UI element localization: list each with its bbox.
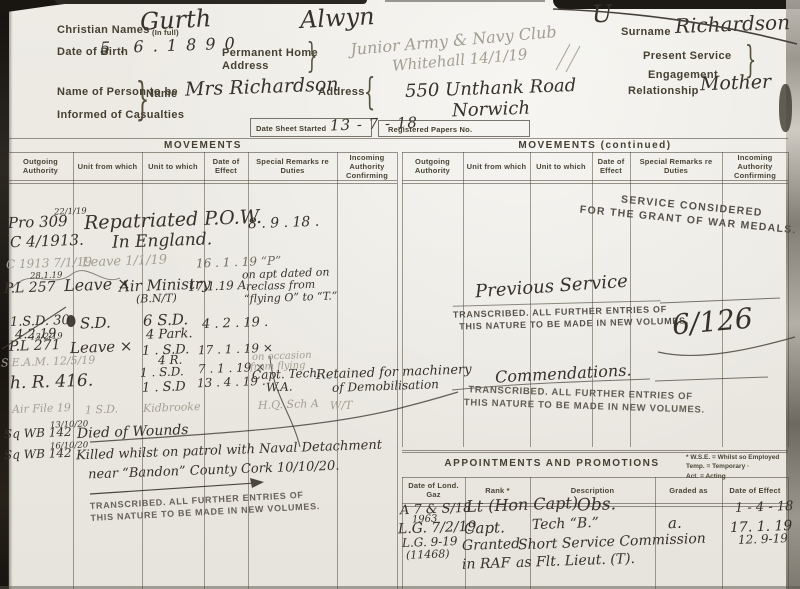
hw-outgoing-auth-date: 22/1/19 [54,207,87,217]
registered-papers-label: Registered Papers No. [388,125,472,134]
col-header-date-of-effect: Date of Effect [592,152,630,180]
hw-movement-entry: 1 S.D. [85,403,118,415]
hw-rank: Lt (Hon Capt) [466,495,579,515]
transcribed-stamp-previous-service: TRANSCRIBED. ALL FURTHER ENTRIES OF THIS… [453,300,662,333]
hw-graded-as: a. [668,516,682,531]
hw-movement-entry: S.D. [80,315,111,331]
hdr-line [402,183,788,184]
hw-date-of-birth: 5 . 6 . 1 8 9 0 [100,36,237,57]
footnote-temp: Temp. = Temporary · [686,462,779,471]
hw-corner-u-mark: U [592,2,613,27]
hw-outgoing-auth: h. R. 416. [10,373,94,393]
hdr-line [8,183,397,184]
col-header-unit-from: Unit from which [463,152,530,180]
movements-left-header: Outgoing Authority Unit from which Unit … [8,152,397,180]
movements-right-title: MOVEMENTS (continued) [402,140,788,151]
col-header-special-remarks: Special Remarks re Duties [248,152,337,180]
hw-outgoing-auth-date: 28.1.19 [30,271,63,281]
hw-outgoing-auth: P.L 257 [4,280,56,296]
footnote-wse: * W.S.E. = Whilst so Employed [686,453,779,462]
hw-casualty-entry: Died of Wounds [77,423,189,441]
hw-effect-date: 12. 9-19 [738,532,788,546]
hw-movement-entry: 4 Park. [146,327,193,342]
present-service-label: Present Service [643,50,732,62]
col-header-date-of-effect: Date of Effect [204,152,248,180]
date-sheet-label: Date Sheet Started [256,124,326,133]
hw-rank: Capt. [464,520,505,536]
hw-incoming-auth: W/T [330,400,353,412]
col-header-special-remarks: Special Remarks re Duties [630,152,722,180]
hdr-line [8,180,397,181]
col-header-incoming-authority: Incoming Authority Confirming [337,152,397,180]
hw-effect-date: 8 . 9 . 18 . [248,215,320,231]
hw-rank: Granted [462,537,521,553]
hw-first-name: Gurth [139,6,211,34]
col-line [788,152,789,447]
hw-movement-entry: (B.N/T) [136,292,177,304]
hdr-line [402,180,788,181]
person-informed-brace: } [136,78,150,123]
col-header-outgoing-authority: Outgoing Authority [8,152,73,180]
hw-movement-entry: In England. [112,231,213,251]
hw-surname: Richardson [675,12,791,36]
hw-remarks: “flying O” to “T.” [244,290,338,304]
hw-outgoing-auth: Air File 19 [12,402,71,415]
permanent-home-brace: } [307,39,318,74]
relationship-label: Relationship [628,85,699,97]
scan-edge-top-thin [385,0,545,2]
hw-movement-entry: Leave 1/1/19 [82,254,167,270]
col-header-unit-to: Unit to which [142,152,204,180]
hw-movement-entry: 1 . S.D. [140,365,184,379]
hw-description: Tech “B.” [532,516,599,532]
col-header-unit-from: Unit from which [73,152,142,180]
permanent-home-address-label: Address [222,60,269,72]
scan-edge-top-right [553,0,800,9]
hw-incoming-auth: of Demobilisation [332,378,439,394]
scan-edge-top-mid [55,0,367,4]
col-line [722,477,723,589]
hw-nok-name: Mrs Richardson [185,75,339,99]
col-header-date-lond-gaz: Date of Lond. Gaz [402,477,465,503]
col-line [722,152,723,447]
hw-outgoing-auth: C 1913 7/1/19 [6,256,92,271]
hw-movement-entry: Kidbrooke [143,401,201,414]
scanned-service-record: Christian Names (In full) Surname Date o… [0,0,800,589]
appointments-title: APPOINTMENTS AND PROMOTIONS [412,458,692,469]
hw-nok-address-2: Norwich [452,100,531,121]
movements-right-header: Outgoing Authority Unit from which Unit … [402,152,788,180]
movements-left-title: MOVEMENTS [8,140,398,151]
hw-movement-entry: 1 . S.D [142,380,186,395]
hw-nok-address-1: 550 Unthank Road [405,77,577,101]
hw-outgoing-auth-date: 13/2/19 [30,332,63,342]
hw-middle-name: Alwyn [299,4,375,32]
hw-relationship: Mother [700,73,772,94]
hw-remarks: W.A. [266,381,293,394]
hw-rank: in RAF [462,556,511,572]
col-line [402,152,403,447]
christian-names-label: Christian Names [57,24,150,36]
col-header-incoming-authority: Incoming Authority Confirming [722,152,788,180]
nok-name-label: Name [146,88,178,100]
hw-outgoing-auth: S.E.A.M. 12/5/19 [1,354,96,368]
col-header-graded-as: Graded as [655,477,722,503]
nok-address-brace: { [364,74,375,112]
hw-description: Obs. [577,496,617,514]
tbl-top-line [402,450,788,451]
col-header-unit-to: Unit to which [530,152,592,180]
col-header-outgoing-authority: Outgoing Authority [402,152,463,180]
hw-description: as Flt. Lieut. (T). [516,552,635,570]
scan-blotch-right [779,84,792,132]
pencil-tick-marks [556,44,580,72]
hw-effect-date: 17.1.19 A [188,279,247,293]
surname-label: Surname [621,26,671,38]
person-informed-label-2: Informed of Casualties [57,109,184,121]
hw-remarks: H.Q. Sch A [258,398,319,411]
hw-effect-date: 1 - 4 - 18 [735,500,794,515]
hw-outgoing-auth: C 4/1913. [10,233,84,251]
hw-gazette-ref: (11468) [406,548,450,561]
hw-ref-number: 6/126 [671,305,754,340]
hw-effect-date: 4 . 2 . 19 . [202,316,269,331]
